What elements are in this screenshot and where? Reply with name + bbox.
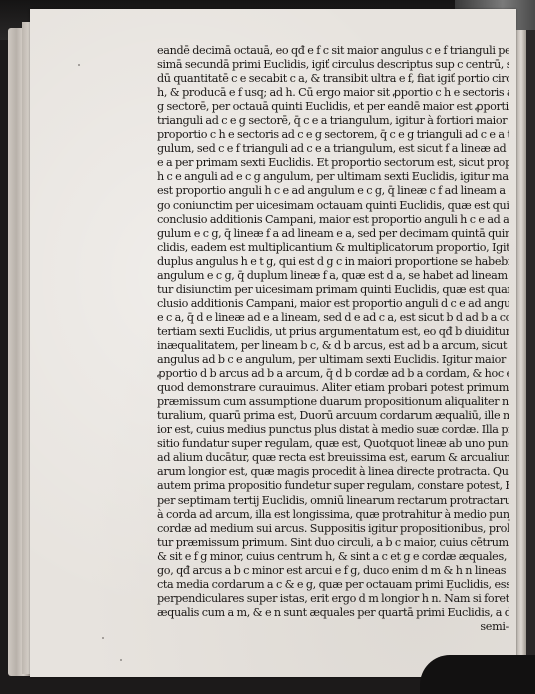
text-line: go, qđ arcus a b c minor est arcui e f g… (157, 564, 509, 578)
text-line: æqualis cum a m, & e n sunt æquales per … (157, 606, 509, 620)
text-line: tur disiunctim per uicesimam primam quin… (157, 283, 509, 297)
text-line: per septimam tertij Euclidis, omniū line… (157, 494, 509, 508)
text-line: tertiam sexti Euclidis, ut prius argumen… (157, 325, 509, 339)
text-line: perpendiculares super istas, erit ergo d… (157, 592, 509, 606)
text-line: clidis, eadem est multiplicantium & mult… (157, 241, 509, 255)
text-line: cordæ ad medium sui arcus. Suppositis ig… (157, 522, 509, 536)
page-gutter-right (516, 30, 526, 670)
text-line: ad alium ducātur, quæ recta est breuissi… (157, 451, 509, 465)
paper-speck (120, 659, 122, 661)
text-line: autem prima propositio fundetur super re… (157, 479, 509, 493)
text-line: gulum, sed c e f trianguli ad c e a tria… (157, 142, 509, 156)
text-line: ior est, cuius medius punctus plus dista… (157, 423, 509, 437)
text-line: duplus angulus h e t g, qui est d g c in… (157, 255, 509, 269)
text-block: eandē decimā octauā, eo qđ e f c sit mai… (157, 44, 509, 634)
text-line: dū quantitatē c e secabit c a, & transib… (157, 72, 509, 86)
text-line: gulum e c g, q̄ lineæ f a ad lineam e a,… (157, 227, 509, 241)
text-line: sitio fundatur super regulam, quæ est, Q… (157, 437, 509, 451)
text-line: tur præmissum primum. Sint duo circuli, … (157, 536, 509, 550)
paper-speck (78, 64, 80, 66)
text-line: quod demonstrare curauimus. Aliter etiam… (157, 381, 509, 395)
text-line: arum longior est, quæ magis procedit à l… (157, 465, 509, 479)
text-line: à corda ad arcum, illa est longissima, q… (157, 508, 509, 522)
text-line: ꝓportio d b arcus ad b a arcum, q̄ d b c… (157, 367, 509, 381)
text-line: h c e anguli ad e c g angulum, per ultim… (157, 170, 509, 184)
background-bottom-cloth (420, 655, 535, 694)
text-line: e c a, q̄ d e lineæ ad e a lineam, sed d… (157, 311, 509, 325)
text-line: clusio additionis Campani, maior est pro… (157, 297, 509, 311)
text-line: præmissum cum assumptione duarum proposi… (157, 395, 509, 409)
paper-speck (102, 637, 104, 639)
text-line: g sectorē, per octauā quinti Euclidis, e… (157, 100, 509, 114)
text-line: h, & producā e f usq; ad h. Cū ergo maio… (157, 86, 509, 100)
text-line: est proportio anguli h c e ad angulum e … (157, 184, 509, 198)
text-line: inæqualitatem, per lineam b c, & d b arc… (157, 339, 509, 353)
text-line: & sit e f g minor, cuius centrum h, & si… (157, 550, 509, 564)
text-line: conclusio additionis Campani, maior est … (157, 213, 509, 227)
text-line: go coniunctim per uicesimam octauam quin… (157, 199, 509, 213)
text-line: simā secundā primi Euclidis, igiť circul… (157, 58, 509, 72)
text-line: turalium, quarū prima est, Duorū arcuum … (157, 409, 509, 423)
catchword: semi- (157, 620, 509, 634)
text-line: eandē decimā octauā, eo qđ e f c sit mai… (157, 44, 509, 58)
background-right (526, 30, 535, 694)
text-line: angulus ad b c e angulum, per ultimam se… (157, 353, 509, 367)
text-line: proportio c h e sectoris ad c e g sector… (157, 128, 509, 142)
text-line: cta media cordarum a c & e g, quæ per oc… (157, 578, 509, 592)
text-line: e a per primam sexti Euclidis. Et propor… (157, 156, 509, 170)
text-line: trianguli ad c e g sectorē, q̄ c e a tri… (157, 114, 509, 128)
text-line: angulum e c g, q̄ duplum lineæ f a, quæ … (157, 269, 509, 283)
